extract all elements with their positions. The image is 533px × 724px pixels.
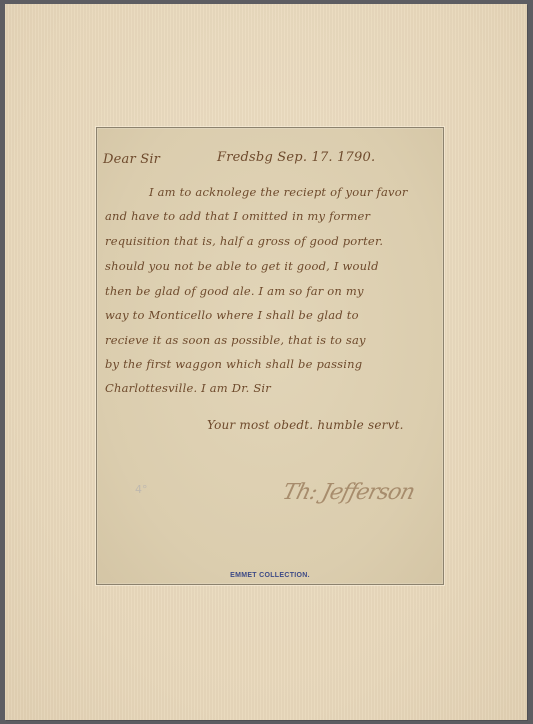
letter-salutation: Dear Sir — [103, 152, 160, 167]
letter-body-line: by the first waggon which shall be passi… — [105, 357, 362, 371]
letter-body-line: Charlottesville. I am Dr. Sir — [105, 381, 271, 395]
letter-body-line: and have to add that I omitted in my for… — [105, 209, 370, 223]
letter-document: Dear Sir Fredsbg Sep. 17. 1790. I am to … — [96, 127, 444, 585]
mounting-mat: Dear Sir Fredsbg Sep. 17. 1790. I am to … — [5, 4, 527, 720]
signature: Th: Jefferson — [280, 480, 417, 505]
letter-closing: Your most obedt. humble servt. — [207, 418, 404, 432]
letter-body-line: should you not be able to get it good, I… — [105, 259, 379, 273]
letter-body-line: way to Monticello where I shall be glad … — [105, 308, 359, 322]
letter-body-line: recieve it as soon as possible, that is … — [105, 333, 366, 347]
letter-body-line: requisition that is, half a gross of goo… — [105, 234, 383, 248]
pencil-annotation: 4° — [135, 483, 148, 496]
letter-body-line: I am to acknolege the reciept of your fa… — [149, 185, 408, 199]
collection-stamp: EMMET COLLECTION. — [97, 572, 443, 579]
letter-body-line: then be glad of good ale. I am so far on… — [105, 284, 364, 298]
letter-place-date: Fredsbg Sep. 17. 1790. — [217, 150, 375, 165]
